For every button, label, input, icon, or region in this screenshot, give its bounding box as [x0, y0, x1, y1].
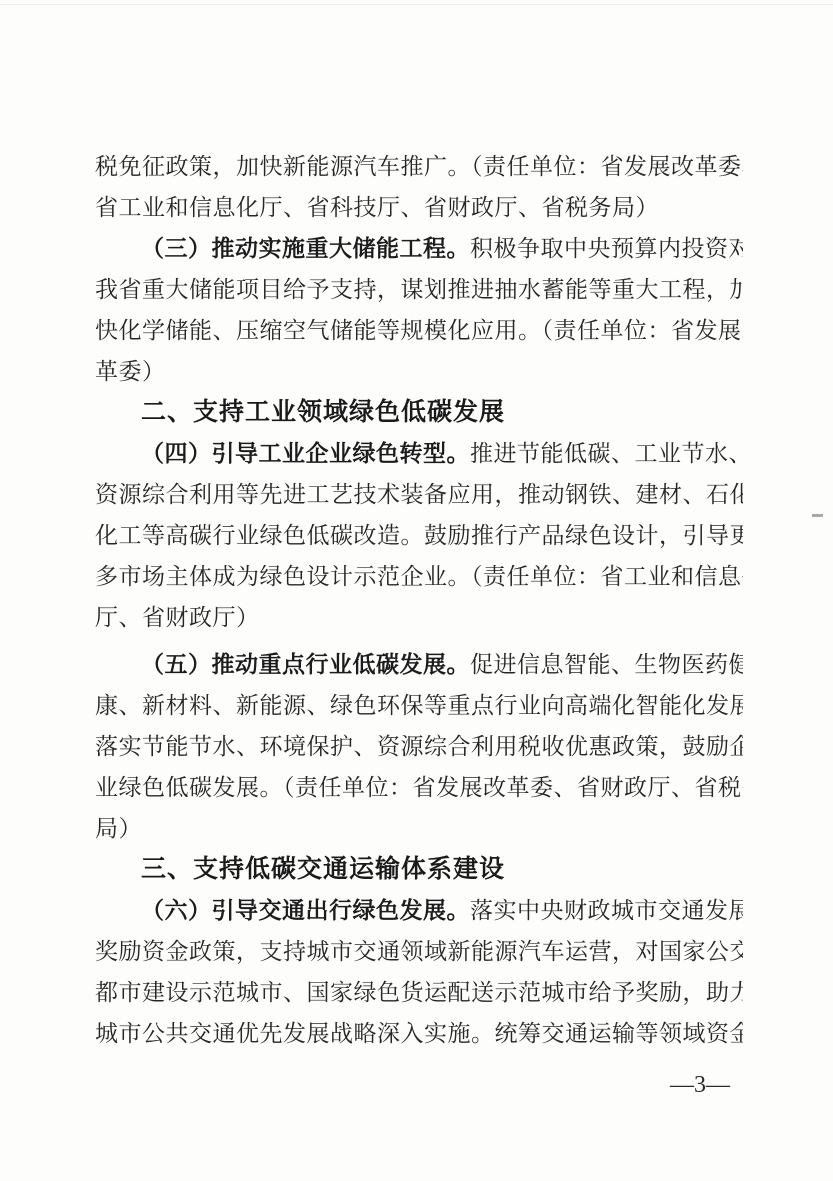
body-line: 厅、省财政厅）: [95, 597, 743, 638]
body-line: 多市场主体成为绿色设计示范企业。（责任单位：省工业和信息化: [95, 556, 743, 597]
body-line: 都市建设示范城市、国家绿色货运配送示范城市给予奖励，助力: [95, 972, 743, 1013]
body-line: 局）: [95, 808, 743, 849]
document-body: 税免征政策，加快新能源汽车推广。（责任单位：省发展改革委、 省工业和信息化厅、省…: [95, 146, 743, 1054]
item-lead-rest: 推进节能低碳、工业节水、: [470, 441, 743, 466]
body-line: 税免征政策，加快新能源汽车推广。（责任单位：省发展改革委、: [95, 146, 743, 187]
item-lead-bold: （五）推动重点行业低碳发展。: [141, 652, 470, 677]
item-lead-bold: （六）引导交通出行绿色发展。: [141, 898, 470, 923]
body-line: 化工等高碳行业绿色低碳改造。鼓励推行产品绿色设计，引导更: [95, 515, 743, 556]
paragraph-item-3: （三）推动实施重大储能工程。积极争取中央预算内投资对 我省重大储能项目给予支持，…: [95, 228, 743, 392]
body-line: 资源综合利用等先进工艺技术装备应用，推动钢铁、建材、石化: [95, 474, 743, 515]
item-lead-bold: （四）引导工业企业绿色转型。: [141, 441, 470, 466]
item-lead-bold: （三）推动实施重大储能工程。: [141, 236, 470, 261]
scan-top-edge: [0, 4, 833, 5]
paragraph-continuation: 税免征政策，加快新能源汽车推广。（责任单位：省发展改革委、 省工业和信息化厅、省…: [95, 146, 743, 228]
page-number: —3—: [670, 1070, 730, 1100]
item-lead-rest: 促进信息智能、生物医药健: [470, 652, 743, 677]
body-line: 奖励资金政策，支持城市交通领域新能源汽车运营，对国家公交: [95, 931, 743, 972]
body-line: 业绿色低碳发展。（责任单位：省发展改革委、省财政厅、省税务: [95, 767, 743, 808]
body-line: （三）推动实施重大储能工程。积极争取中央预算内投资对: [95, 228, 743, 269]
body-line: （六）引导交通出行绿色发展。落实中央财政城市交通发展: [95, 890, 743, 931]
scan-edge-mark: [812, 514, 823, 517]
body-line: 城市公共交通优先发展战略深入实施。统筹交通运输等领域资金，: [95, 1013, 743, 1054]
section-heading-3: 三、支持低碳交通运输体系建设: [95, 849, 743, 890]
section-heading-2: 二、支持工业领域绿色低碳发展: [95, 392, 743, 433]
body-line: 省工业和信息化厅、省科技厅、省财政厅、省税务局）: [95, 187, 743, 228]
body-line: 快化学储能、压缩空气储能等规模化应用。（责任单位：省发展改: [95, 310, 743, 351]
body-line: （四）引导工业企业绿色转型。推进节能低碳、工业节水、: [95, 433, 743, 474]
body-line: （五）推动重点行业低碳发展。促进信息智能、生物医药健: [95, 644, 743, 685]
body-line: 康、新材料、新能源、绿色环保等重点行业向高端化智能化发展。: [95, 685, 743, 726]
body-line: 革委）: [95, 351, 743, 392]
paragraph-item-4: （四）引导工业企业绿色转型。推进节能低碳、工业节水、 资源综合利用等先进工艺技术…: [95, 433, 743, 638]
body-line: 我省重大储能项目给予支持，谋划推进抽水蓄能等重大工程，加: [95, 269, 743, 310]
scanned-document-page: 税免征政策，加快新能源汽车推广。（责任单位：省发展改革委、 省工业和信息化厅、省…: [0, 0, 833, 1181]
paragraph-item-6: （六）引导交通出行绿色发展。落实中央财政城市交通发展 奖励资金政策，支持城市交通…: [95, 890, 743, 1054]
item-lead-rest: 积极争取中央预算内投资对: [470, 236, 743, 261]
paragraph-item-5: （五）推动重点行业低碳发展。促进信息智能、生物医药健 康、新材料、新能源、绿色环…: [95, 644, 743, 849]
item-lead-rest: 落实中央财政城市交通发展: [470, 898, 743, 923]
body-line: 落实节能节水、环境保护、资源综合利用税收优惠政策，鼓励企: [95, 726, 743, 767]
